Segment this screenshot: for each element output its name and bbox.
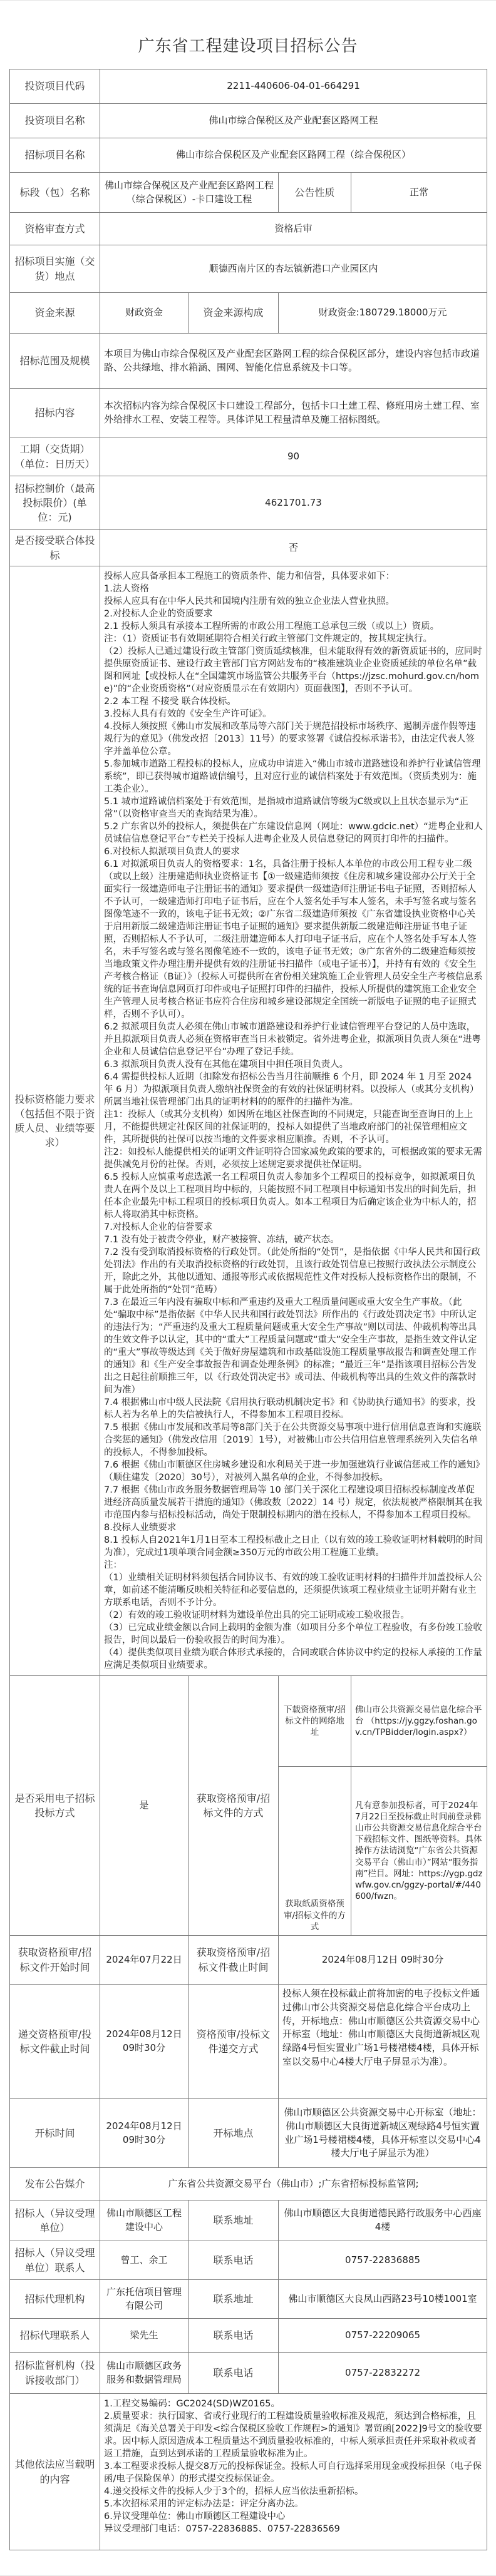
paragraph: 5.本次招标采用的评定标办法是：评定分离办法。: [104, 2498, 483, 2510]
value-submit-method: 投标人须在投标截止前将加密的电子投标文件通过佛山市公共资源交易信息化综合平台成功…: [279, 1985, 487, 2099]
label-supervisor: 招标监督机构（投诉接收部门）: [10, 2353, 100, 2394]
value-agency-contact: 梁先生: [100, 2319, 189, 2353]
value-project-code: 2211-440606-04-01-664291: [100, 69, 487, 104]
paragraph: 1.工程交易编码：GC2024(SD)WZ0165。: [104, 2398, 483, 2410]
label-media: 发布公告媒介: [10, 2168, 100, 2200]
paragraph: 1.法人资格: [104, 583, 483, 595]
row-qualification-method: 资格审查方式 资格后审: [10, 213, 487, 245]
paragraph: 6.异议受理单位：佛山市顺德区工程建设中心: [104, 2510, 483, 2523]
value-notice-nature: 正常: [351, 173, 487, 213]
page-title: 广东省工程建设项目招标公告: [9, 1, 487, 69]
label-section-name: 标段（包）名称: [10, 173, 100, 213]
label-other: 其他依法应当载明的内容: [10, 2394, 100, 2550]
label-qualification-method: 资格审查方式: [10, 213, 100, 245]
value-control-price: 4621701.73: [100, 476, 487, 530]
label-agency-phone: 联系电话: [189, 2319, 279, 2353]
label-submit-deadline: 递交资格预审/投标文件截止时间: [10, 1985, 100, 2099]
row-consortium: 是否接受联合体投标 否: [10, 530, 487, 566]
row-scope: 招标范围及规模 本项目为佛山市综合保税区及产业配套区路网工程的综合保税区部分，建…: [10, 334, 487, 389]
row-agency-contact: 招标代理联系人 梁先生 联系电话 0757-22209065: [10, 2319, 487, 2353]
requirements-list: 投标人应具备承担本工程施工的资质条件、能力和信誉，具体要求如下：1.法人资格投标…: [104, 570, 483, 1672]
paragraph: 投标人应具备承担本工程施工的资质条件、能力和信誉，具体要求如下：: [104, 570, 483, 583]
paragraph: 5.1 城市道路诚信档案处于有效范围，是指城市道路诚信等级为C级或以上且状态显示…: [104, 795, 483, 820]
paragraph: 7.2 没有受到取消投标资格的行政处罚。（此处所指的“处罚”，是指依据《中华人民…: [104, 1246, 483, 1296]
label-requirements: 投标资格能力要求（包括但不限于资质人员、业绩等要求）: [10, 566, 100, 1676]
label-tenderer-contact: 招标人（异议受理单位）联系人: [10, 2241, 100, 2280]
value-tenderer-address: 佛山市顺德区大良街道德民路行政服务中心西座4楼: [279, 2200, 487, 2241]
row-tenderer-contact: 招标人（异议受理单位）联系人 曾工、余工 联系电话 0757-22836885: [10, 2241, 487, 2280]
row-other: 其他依法应当载明的内容 1.工程交易编码：GC2024(SD)WZ0165。2.…: [10, 2394, 487, 2550]
paragraph: 6.1 对拟派项目负责人的资格要求：1名，具备注册于投标人本单位的市政公用工程专…: [104, 858, 483, 1021]
paragraph: 6.2 拟派项目负责人必须在佛山市城市道路建设和养护行业诚信管理平台登记的人员中…: [104, 1021, 483, 1058]
value-funding-composition: 财政资金:180729.18000万元: [279, 293, 487, 334]
value-supervisor: 佛山市顺德区政务服务和数据管理局: [100, 2353, 189, 2394]
row-opening: 开标时间 2024年08月12日 09时30分 开标地点 佛山市顺德区公共资源交…: [10, 2099, 487, 2168]
value-agency: 广东托信项目管理有限公司: [100, 2280, 189, 2319]
label-opening-place: 开标地点: [189, 2099, 279, 2168]
value-download-address[interactable]: 佛山市公共资源交易信息化综合平台 （https://jy.ggzy.foshan…: [351, 1676, 487, 1767]
paragraph: 8.投标人业绩要求: [104, 1521, 483, 1534]
label-download-address: 下载资格预审/招标文件的网络地址: [279, 1676, 351, 1767]
announcement-table: 投资项目代码 2211-440606-04-01-664291 投资项目名称 佛…: [9, 69, 487, 2550]
row-tenderer: 招标人（异议受理单位） 佛山市顺德区工程建设中心 联系地址 佛山市顺德区大良街道…: [10, 2200, 487, 2241]
paragraph: 7.6 根据《佛山市顺德区住房城乡建设和水利局关于进一步加强建筑行业诚信惩戒工作…: [104, 1459, 483, 1484]
paragraph: 5.2 广东省以外的投标人，须提供在广东建设信息网（网址：www.gdcic.n…: [104, 820, 483, 846]
label-control-price: 招标控制价（最高投标限价）(单位：元): [10, 476, 100, 530]
value-project-name: 佛山市综合保税区及产业配套区路网工程: [100, 104, 487, 138]
value-qualification-method: 资格后审: [100, 213, 487, 245]
paragraph: 6.对投标人拟派项目负责人的要求: [104, 846, 483, 858]
value-content: 本次招标内容为综合保税区卡口建设工程部分，包括卡口土建工程、修班用房土建工程、室…: [100, 389, 487, 437]
value-consortium: 否: [100, 530, 487, 566]
label-agency: 招标代理机构: [10, 2280, 100, 2319]
paragraph: 6.4 需提供投标人近期（扣除发布招标公告当月往前顺推 6 个月，即 2024 …: [104, 1071, 483, 1108]
paragraph: 注：: [104, 1559, 483, 1572]
value-other: 1.工程交易编码：GC2024(SD)WZ0165。2.质量要求：执行国家、省或…: [100, 2394, 487, 2550]
paragraph: 7.3 在最近三年内没有骗取中标和严重违约及重大工程质量问题或重大安全生产事故。…: [104, 1296, 483, 1396]
label-submit-method: 资格预审/投标文件递交方式: [189, 1985, 279, 2099]
label-paper-method: 获取纸质资格预审/招标文件的方式: [279, 1767, 351, 1936]
paragraph: 2.对投标人企业的资质要求: [104, 608, 483, 620]
paragraph: 7.4 根据佛山市中级人民法院《启用执行联动机制决定书》和《协助执行通知书》的要…: [104, 1396, 483, 1421]
paragraph: 2.2 本工程 不接受 联合体投标。: [104, 695, 483, 708]
label-duration: 工期（交货期）（单位：日历天）: [10, 437, 100, 476]
paragraph: 7.1 没有处于被责令停业，财产被接管、冻结，破产状态。: [104, 1234, 483, 1246]
value-opening-place: 佛山市顺德区公共资源交易中心开标室（地址：佛山市顺德区大良街道新城区观绿路4号恒…: [279, 2099, 487, 2168]
label-tenderer-address: 联系地址: [189, 2200, 279, 2241]
label-tenderer: 招标人（异议受理单位）: [10, 2200, 100, 2241]
label-agency-contact: 招标代理联系人: [10, 2319, 100, 2353]
value-location: 顺德西南片区的杏坛镇新港口产业园区内: [100, 245, 487, 293]
label-obtain-method: 获取资格预审/招标文件的方式: [189, 1676, 279, 1936]
value-tenderer-phone: 0757-22836885: [279, 2241, 487, 2280]
label-obtain-start: 获取资格预审/招标文件开始时间: [10, 1936, 100, 1985]
value-agency-phone: 0757-22209065: [279, 2319, 487, 2353]
row-location: 招标项目实施（交货）地点 顺德西南片区的杏坛镇新港口产业园区内: [10, 245, 487, 293]
value-submit-deadline: 2024年08月12日 09时30分: [100, 1985, 189, 2099]
row-funding: 资金来源 财政资金 资金来源构成 财政资金:180729.18000万元: [10, 293, 487, 334]
label-supervisor-phone: 联系电话: [189, 2353, 279, 2394]
row-electronic: 是否采用电子招标投标方式 是 获取资格预审/招标文件的方式 下载资格预审/招标文…: [10, 1676, 487, 1767]
paragraph: （2）有效的竣工验收证明材料为建设单位出具的完工证明或竣工验收报告。: [104, 1609, 483, 1622]
paragraph: 5.参加城市道路工程投标的投标人，应成功申请进入“佛山市城市道路建设和养护行业诚…: [104, 758, 483, 795]
paragraph: 异议受理部门电话：0757-22836885、0757-22836569: [104, 2523, 483, 2535]
value-obtain-start: 2024年07月22日: [100, 1936, 189, 1985]
label-consortium: 是否接受联合体投标: [10, 530, 100, 566]
label-agency-address: 联系地址: [189, 2280, 279, 2319]
value-tender-project-name: 佛山市综合保税区及产业配套区路网工程（综合保税区）: [100, 138, 487, 173]
value-obtain-end: 2024年08月12日 09时30分: [279, 1936, 487, 1985]
row-media: 发布公告媒介 广东省公共资源交易平台（佛山市）;广东省招标投标监管网;: [10, 2168, 487, 2200]
paragraph: 4.投标人须按照《佛山市发展和改革局等六部门关于规范招投标市场秩序、遏制弄虚作假…: [104, 720, 483, 758]
label-opening-time: 开标时间: [10, 2099, 100, 2168]
paragraph: 6.3 拟派项目负责人没有在其他在建项目中担任项目负责人。: [104, 1058, 483, 1071]
row-section-name: 标段（包）名称 佛山市综合保税区及产业配套区路网工程（综合保税区）-卡口建设工程…: [10, 173, 487, 213]
announcement-page: 广东省工程建设项目招标公告 投资项目代码 2211-440606-04-01-6…: [0, 1, 496, 2550]
row-supervisor: 招标监督机构（投诉接收部门） 佛山市顺德区政务服务和数据管理局 联系电话 075…: [10, 2353, 487, 2394]
paragraph: 7.对投标人企业的信誉要求: [104, 1221, 483, 1234]
value-paper-method[interactable]: 凡有意参加投标者，可于2024年7月22日至投标截止时间前登录佛山市公共资源交易…: [351, 1767, 487, 1936]
value-scope: 本项目为佛山市综合保税区及产业配套区路网工程的综合保税区部分，建设内容包括市政道…: [100, 334, 487, 389]
label-funding: 资金来源: [10, 293, 100, 334]
paragraph: （1）业绩相关证明材料须包括合同协议书、有效的竣工验收证明材料的扫描件并加盖投标…: [104, 1572, 483, 1609]
row-requirements: 投标资格能力要求（包括但不限于资质人员、业绩等要求） 投标人应具备承担本工程施工…: [10, 566, 487, 1676]
paragraph: （2）投标人已通过建设行政主管部门资质延续核准，但未能取得有效的新资质证书的，应…: [104, 645, 483, 695]
value-duration: 90: [100, 437, 487, 476]
row-agency: 招标代理机构 广东托信项目管理有限公司 联系地址 佛山市顺德区大良凤山西路23号…: [10, 2280, 487, 2319]
paragraph: 8.1 投标人自2021年1月1日至本工程投标截止之日止（以有效的竣工验收证明材…: [104, 1534, 483, 1559]
row-project-name: 投资项目名称 佛山市综合保税区及产业配套区路网工程: [10, 104, 487, 138]
paragraph: 3.投标人具有有效的《安全生产许可证》。: [104, 708, 483, 720]
value-tenderer-contact: 曾工、余工: [100, 2241, 189, 2280]
label-tender-project-name: 招标项目名称: [10, 138, 100, 173]
row-submit: 递交资格预审/投标文件截止时间 2024年08月12日 09时30分 资格预审/…: [10, 1985, 487, 2099]
label-funding-composition: 资金来源构成: [189, 293, 279, 334]
paragraph: 6.5 投标人应慎重考虑选派一名工程项目负责人参加多个工程项目的投标竞争，如拟派…: [104, 1171, 483, 1221]
paragraph: 7.5 根据《佛山市发展和改革局等8部门关于在公共资源交易事项中进行信用信息查询…: [104, 1421, 483, 1459]
row-obtain-time: 获取资格预审/招标文件开始时间 2024年07月22日 获取资格预审/招标文件截…: [10, 1936, 487, 1985]
label-scope: 招标范围及规模: [10, 334, 100, 389]
value-funding: 财政资金: [100, 293, 189, 334]
label-notice-nature: 公告性质: [279, 173, 351, 213]
paragraph: 注1：投标人（或其分支机构）如因所在地区社保查询的不同规定，只能查询至查询日的上…: [104, 1108, 483, 1146]
row-duration: 工期（交货期）（单位：日历天） 90: [10, 437, 487, 476]
paragraph: 2.质量要求：执行国家、省或行业现行的工程建设质量验收标准及规范，须达到合格标准…: [104, 2410, 483, 2460]
label-obtain-end: 获取资格预审/招标文件截止时间: [189, 1936, 279, 1985]
label-project-name: 投资项目名称: [10, 104, 100, 138]
value-agency-address: 佛山市顺德区大良凤山西路23号10楼1001室: [279, 2280, 487, 2319]
label-tenderer-phone: 联系电话: [189, 2241, 279, 2280]
row-content: 招标内容 本次招标内容为综合保税区卡口建设工程部分，包括卡口土建工程、修班用房土…: [10, 389, 487, 437]
value-supervisor-phone: 0757-22832272: [279, 2353, 487, 2394]
paragraph: 投标人应具有在中华人民共和国境内注册有效的独立企业法人营业执照。: [104, 595, 483, 608]
label-content: 招标内容: [10, 389, 100, 437]
row-project-code: 投资项目代码 2211-440606-04-01-664291: [10, 69, 487, 104]
value-media: 广东省公共资源交易平台（佛山市）;广东省招标投标监管网;: [100, 2168, 487, 2200]
label-project-code: 投资项目代码: [10, 69, 100, 104]
row-tender-project-name: 招标项目名称 佛山市综合保税区及产业配套区路网工程（综合保税区）: [10, 138, 487, 173]
paragraph: （3）已完成业绩金额以合同上载明的金额为准（如项目分多个单位工程验收，有多份竣工…: [104, 1622, 483, 1647]
label-location: 招标项目实施（交货）地点: [10, 245, 100, 293]
paragraph: （4）提供类似项目业绩为联合体形式承接的，合同或联合体协议中约定的投标人承接的工…: [104, 1647, 483, 1672]
paragraph: 3.本工程要求投标人提交8万元的投标保证金。投标人可自行选择采用现金或投标担保（…: [104, 2460, 483, 2485]
row-control-price: 招标控制价（最高投标限价）(单位：元) 4621701.73: [10, 476, 487, 530]
paragraph: 4.递交投标文件的投标人少于3个的，招标人应当依法重新招标。: [104, 2485, 483, 2498]
paragraph: 注：（1）资质证书有效期延期符合相关行政主管部门文件规定的，按其规定执行。: [104, 633, 483, 645]
other-content-list: 1.工程交易编码：GC2024(SD)WZ0165。2.质量要求：执行国家、省或…: [104, 2398, 483, 2535]
paragraph: 注2：如投标人能提供相关的证明文件证明符合国家减免政策的要求的，可根据政策的要求…: [104, 1146, 483, 1171]
paragraph: 2.1 投标人须具有承接本工程所需的市政公用工程施工总承包三级（或以上）资质。: [104, 620, 483, 633]
value-tenderer: 佛山市顺德区工程建设中心: [100, 2200, 189, 2241]
value-electronic: 是: [100, 1676, 189, 1936]
label-electronic: 是否采用电子招标投标方式: [10, 1676, 100, 1936]
value-section-name: 佛山市综合保税区及产业配套区路网工程（综合保税区）-卡口建设工程: [100, 173, 279, 213]
paragraph: 7.7 根据《佛山市政务服务数据管理局等 10 部门关于深化工程建设项目招标投标…: [104, 1484, 483, 1521]
value-requirements: 投标人应具备承担本工程施工的资质条件、能力和信誉，具体要求如下：1.法人资格投标…: [100, 566, 487, 1676]
value-opening-time: 2024年08月12日 09时30分: [100, 2099, 189, 2168]
